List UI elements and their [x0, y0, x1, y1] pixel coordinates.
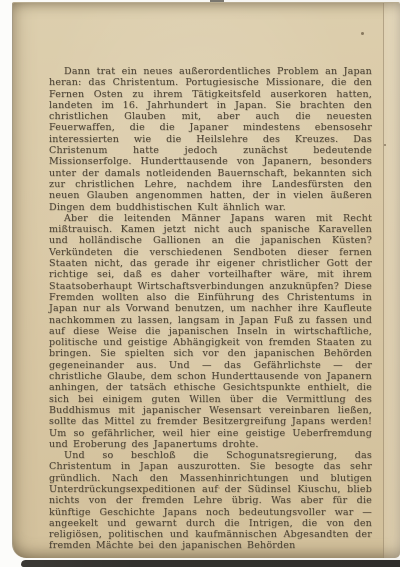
- paragraph-2: Aber die leitenden Männer Japans waren m…: [49, 213, 372, 450]
- book-page-paper: Dann trat ein neues außerordentliches Pr…: [12, 2, 400, 558]
- scanned-book-page: Dann trat ein neues außerordentliches Pr…: [0, 0, 400, 567]
- torn-edge-mark: [210, 0, 224, 2]
- paper-speck: [218, 487, 220, 489]
- page-right-edge-highlight: [384, 3, 400, 558]
- paragraph-1: Dann trat ein neues außerordentliches Pr…: [49, 66, 372, 213]
- page-text-block: Dann trat ein neues außerordentliches Pr…: [49, 66, 372, 567]
- paper-speck: [361, 32, 364, 35]
- paragraph-3: Und so beschloß die Schogunatsregierung,…: [49, 450, 372, 552]
- paper-speck: [384, 144, 386, 146]
- paper-speck: [103, 262, 106, 263]
- scan-bottom-shadow: [21, 560, 400, 567]
